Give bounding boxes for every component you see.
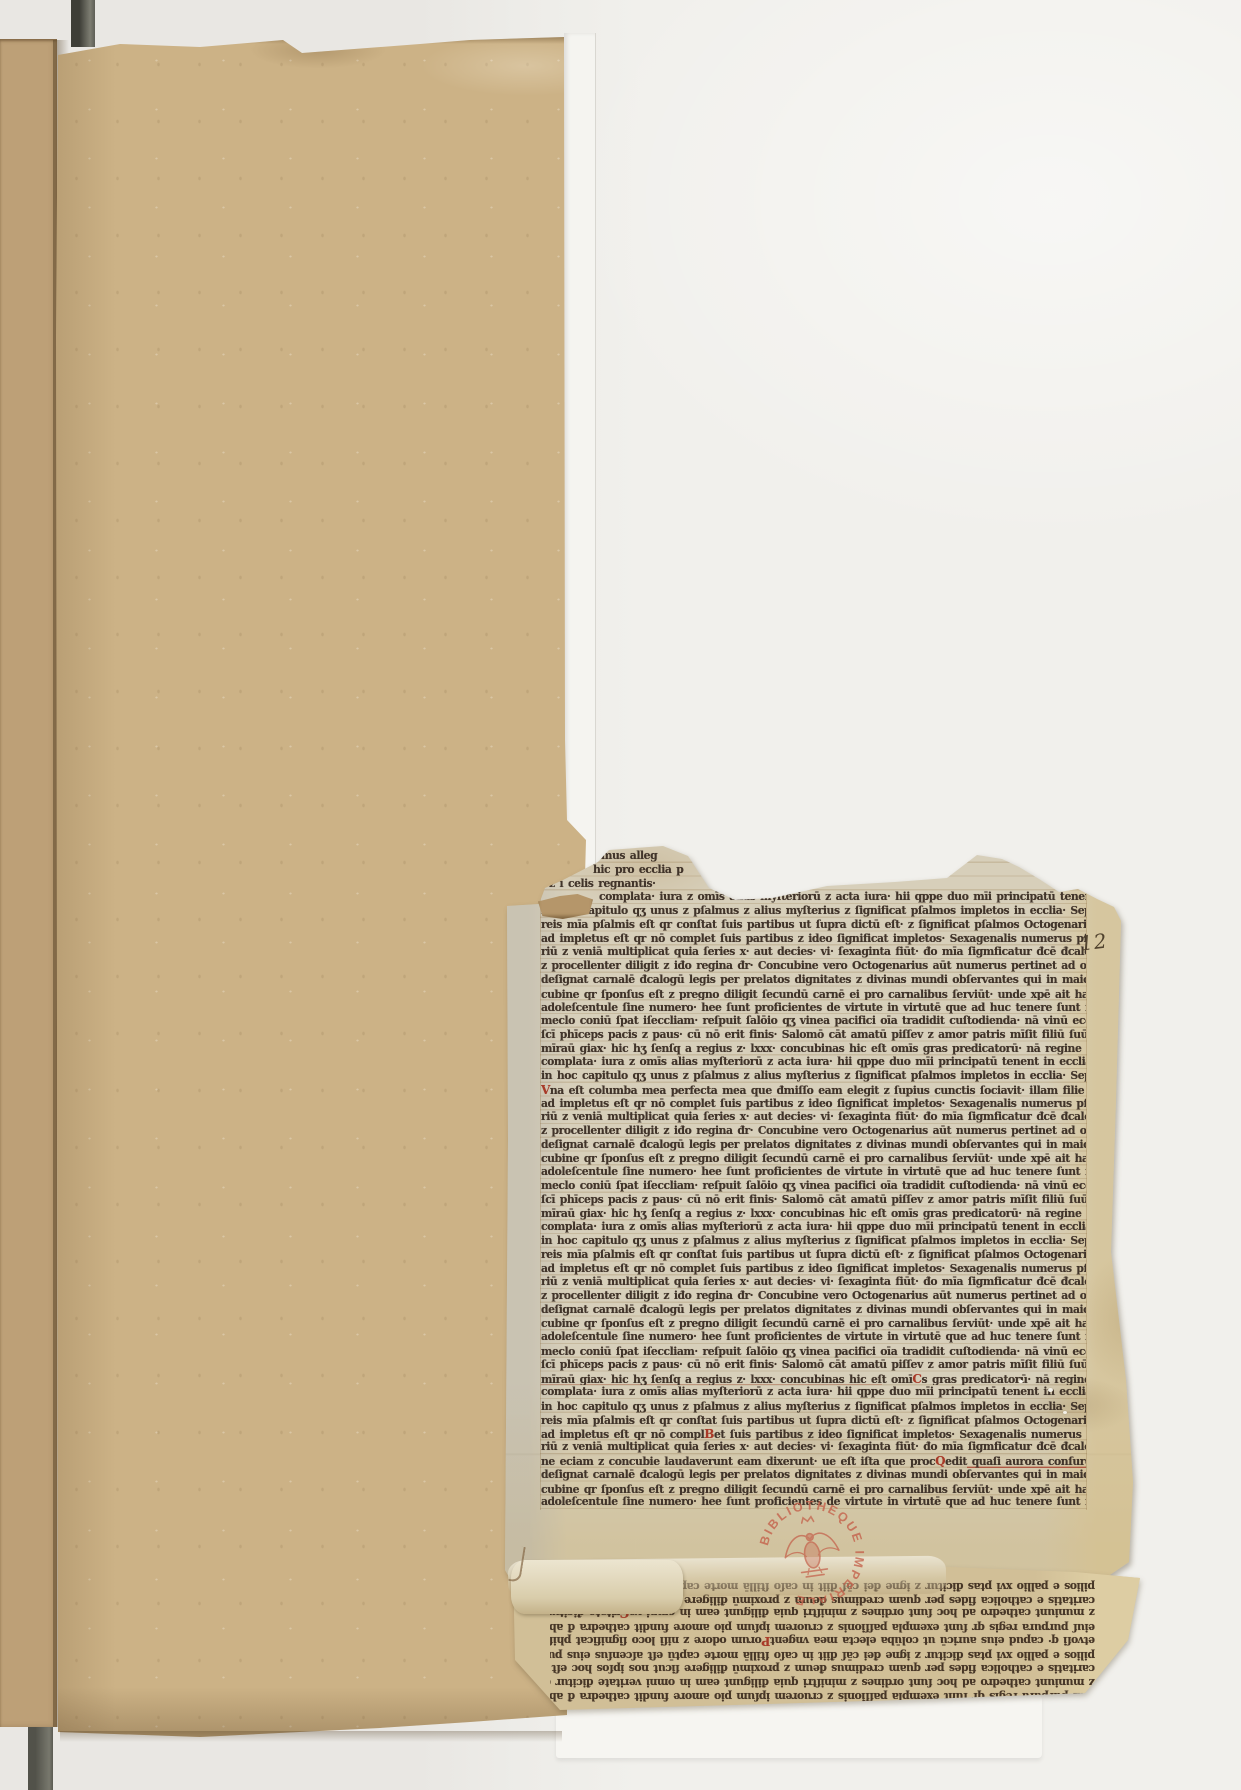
damage-fleck (1048, 1388, 1053, 1392)
script-line: ad impletus eſt qr nō complBet ſuis part… (541, 1427, 1086, 1441)
script-line: z procellenter diligit z iđo regina đr· … (541, 1124, 1086, 1138)
script-line: z procellenter diligit z iđo regina đr· … (541, 1289, 1086, 1303)
script-line: deſignat carnalē đcalogū legis per prela… (541, 1138, 1086, 1152)
script-line: ſcī phīceps pacis z paus· cū nō erit fin… (541, 1028, 1086, 1042)
binding-rod-top (71, 0, 95, 47)
script-line: complata· iura z omīs alias myſteriorū z… (541, 1385, 1086, 1399)
script-line: ſcī phīceps pacis z paus· cū nō erit fin… (541, 1193, 1086, 1207)
manuscript-text-block: mus alleghic pro ecclia pz i celis regna… (540, 849, 1087, 1510)
damage-fleck (1063, 1411, 1067, 1414)
script-line: etvoſi q· capud eius auricū ut colūba el… (550, 1634, 1095, 1648)
script-line: reis mīa pſalmis eſt qr conſtat ſuis par… (541, 1413, 1086, 1427)
script-line: mīraū giax· hic hʒ ſenſq a regius z· lxx… (541, 1372, 1086, 1386)
fragment-seam-rolled-edge-left (511, 1560, 683, 1614)
script-line: meclo coniū ſpat iſeccliam· reſpuit ſalō… (541, 1179, 1086, 1193)
parchment-fragment: mus alleghic pro ecclia pz i celis regna… (505, 840, 1139, 1590)
script-line: meclo coniū ſpat iſeccliam· reſpuit ſalō… (541, 1344, 1086, 1358)
script-line: adoleſcentule ſine numero· hee ſunt prof… (541, 1330, 1086, 1344)
script-line: in hoc capitulo qʒ unus z pſalmus z aliu… (541, 904, 1086, 918)
script-line: pilios e pallio xvi ptas đicitur z igne … (550, 1648, 1095, 1662)
damage-fleck (1019, 1380, 1023, 1383)
script-line: deſignat carnalē đcalogū legis per prela… (541, 1468, 1086, 1482)
script-line: z muniunt cathedro ad hoc ſunt ordines z… (550, 1676, 1095, 1690)
rubric-underline: quaſi aurora conſurgens electa ut ſol pu… (967, 1455, 1086, 1468)
script-line: cubine qr ſponſus eſt z pregno diligit ſ… (541, 1317, 1086, 1331)
script-line: caritatis e catholica fides per quam cre… (550, 1662, 1095, 1676)
script-line: riū z veniā multiplicat quia ſeries x· a… (541, 1275, 1086, 1289)
script-line: in hoc capitulo qʒ unus z pſalmus z aliu… (541, 1234, 1086, 1248)
script-line: mus alleg (541, 849, 1086, 863)
script-line: ſcī phīceps pacis z paus· cū nō erit fin… (541, 1358, 1086, 1372)
script-line: adoleſcentule ſine numero· hee ſunt prof… (541, 1165, 1086, 1179)
rubric-initial: C (912, 1372, 921, 1386)
script-line: Vna eſt columba mea perfecta mea que đmi… (541, 1083, 1086, 1097)
binding-rod-bottom (28, 1727, 53, 1790)
script-line: hic pro ecclia p (541, 863, 1086, 877)
script-line: complata· iura z omīs alias myſteriorū z… (541, 1220, 1086, 1234)
script-line: cubine qr ſponſus eſt z pregno diligit ſ… (541, 987, 1086, 1001)
digitized-manuscript-scan: mus alleghic pro ecclia pz i celis regna… (0, 0, 1241, 1790)
library-stamp: BIBLIOTHEQUE IMPERIALE (741, 1480, 882, 1612)
album-flyleaf-left (0, 39, 57, 1727)
script-line: eiuſ purpura regis qr ſunt exempla paſſi… (550, 1621, 1095, 1635)
script-line: z procellenter diligit z iđo regina đr· … (541, 959, 1086, 973)
script-line: adoleſcentule ſine numero· hee ſunt prof… (541, 1000, 1086, 1014)
album-page-bottom-shadow (60, 1731, 562, 1742)
script-line: meclo coniū ſpat iſeccliam· reſpuit ſalō… (541, 1014, 1086, 1028)
folio-number: 12 (1079, 928, 1109, 955)
script-line: ad impletus eſt qr nō complet ſuis parti… (541, 1097, 1086, 1111)
script-line: complata· iura z omīs alias myſteriorū z… (541, 890, 1086, 904)
script-line: complata· iura z omīs alias myſteriorū z… (541, 1055, 1086, 1069)
script-line: reis mīa pſalmis eſt qr conſtat ſuis par… (541, 1248, 1086, 1262)
script-line: mīraū giax· hic hʒ ſenſq a regius z· lxx… (541, 1207, 1086, 1221)
imperial-eagle-icon (780, 1514, 842, 1580)
script-line: in hoc capitulo qʒ unus z pſalmus z aliu… (541, 1069, 1086, 1083)
script-line: riū z veniā multiplicat quia ſeries x· a… (541, 1110, 1086, 1124)
script-line: cubine qr ſponſus eſt z pregno diligit ſ… (541, 1152, 1086, 1166)
script-line: ne eciam z concubie laudaverunt eam dixe… (541, 1454, 1086, 1468)
script-line: deſignat carnalē đcalogū legis per prela… (541, 973, 1086, 987)
script-line: reis mīa pſalmis eſt qr conſtat ſuis par… (541, 918, 1086, 932)
script-line: ad impletus eſt qr nō complet ſuis parti… (541, 932, 1086, 946)
script-line: in hoc capitulo qʒ unus z pſalmus z aliu… (541, 1399, 1086, 1413)
rubric-underline: mīraū giax· hic hʒ ſenſq a regius z· lxx… (541, 1373, 882, 1386)
script-line: riū z veniā multiplicat quia ſeries x· a… (541, 1440, 1086, 1454)
rubric-initial: Q (935, 1454, 945, 1468)
rubric-initial: B (704, 1427, 714, 1441)
script-line: ad impletus eſt qr nō complet ſuis parti… (541, 1262, 1086, 1276)
script-line: deſignat carnalē đcalogū legis per prela… (541, 1303, 1086, 1317)
rubric-initial: P (762, 1634, 771, 1648)
script-line: eiuſ purpura regis qr ſunt exempla paſſi… (550, 1689, 1095, 1703)
script-line: mīraū giax· hic hʒ ſenſq a regius z· lxx… (541, 1042, 1086, 1056)
script-line: z i celis regnantis· (541, 877, 1086, 891)
script-line: riū z veniā multiplicat quia ſeries x· a… (541, 945, 1086, 959)
rubric-initial: V (541, 1083, 550, 1097)
